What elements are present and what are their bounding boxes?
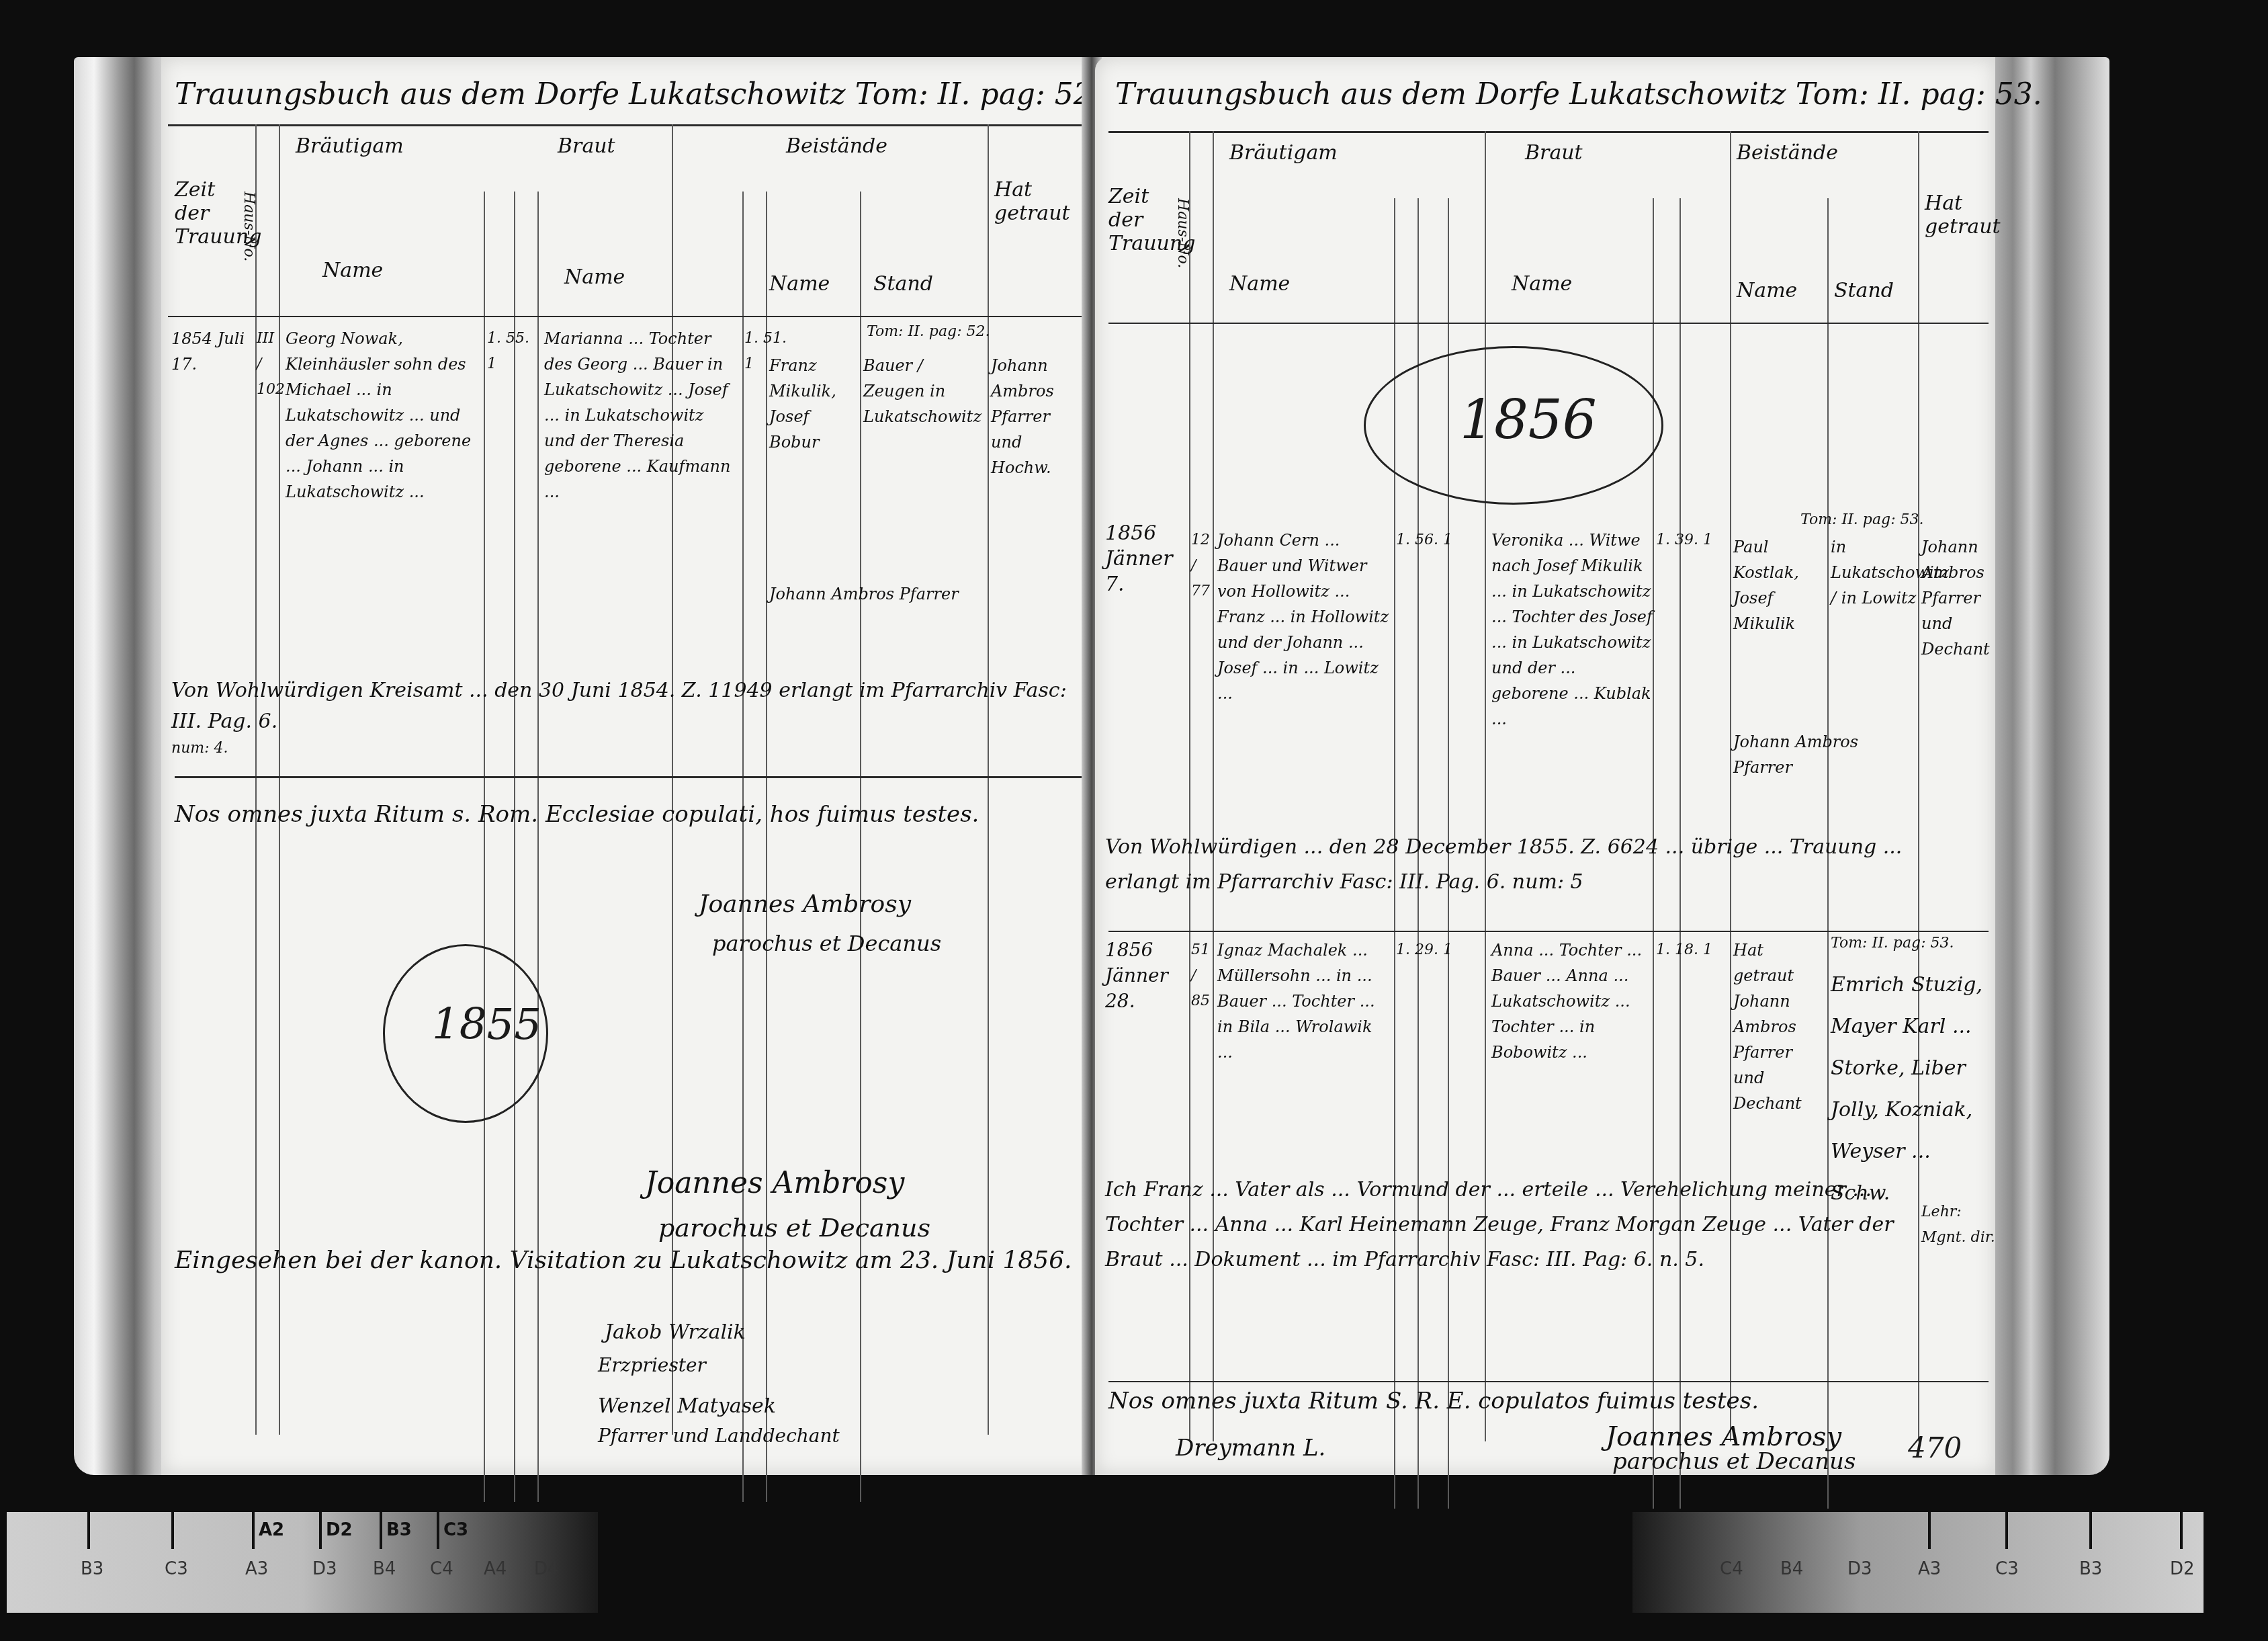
header-rule <box>168 124 1142 126</box>
entry-1-officiant-line: Johann Ambros Pfarrer <box>1733 729 1915 780</box>
col-date: Zeit der Trauung <box>175 178 249 249</box>
col-officiant: Hat getraut <box>994 178 1048 225</box>
col-house-no: Haus-No. <box>1174 198 1191 268</box>
signature-2: Joannes Ambrosy <box>645 1166 904 1200</box>
right-page: Trauungsbuch aus dem Dorfe Lukatschowitz… <box>1095 57 1995 1475</box>
ruler-label: D4 <box>534 1559 559 1579</box>
column-divider <box>255 124 257 1435</box>
scale-ruler-left: A2 D2 B3 C3 B3 C3 A3 D3 B4 C4 A4 D4 <box>7 1512 598 1613</box>
signature-1: Joannes Ambrosy <box>699 890 911 918</box>
entry-2-house: 51 / 85 <box>1191 937 1214 1014</box>
entry-1854-date: 1854 Juli 17. <box>171 326 252 377</box>
entry-2-tom-ref: Tom: II. pag: 53. <box>1831 931 1954 956</box>
latin-attestation: Nos omnes juxta Ritum S. R. E. copulatos… <box>1108 1384 1982 1418</box>
ruler-top-label: B3 <box>386 1520 412 1540</box>
left-page-stack <box>74 57 175 1475</box>
ruler-top-label: C3 <box>443 1520 468 1540</box>
col-groom-name: Name <box>322 259 383 282</box>
entry-1854-officiant-line: Johann Ambros Pfarrer <box>769 581 984 607</box>
col-groom-name: Name <box>1229 272 1290 296</box>
ruler-label: B3 <box>2079 1559 2102 1579</box>
column-header-rule <box>168 316 1142 317</box>
column-divider <box>742 192 744 1502</box>
note-1854: Von Wohlwürdigen Kreisamt ... den 30 Jun… <box>171 675 1078 737</box>
entry-1-house: 12 / 77 <box>1191 528 1214 604</box>
ruler-top-label: D2 <box>326 1520 353 1540</box>
closing-signature-1-title: Erzpriester <box>598 1354 706 1376</box>
closing-signature-2-title: Pfarrer und Landdechant <box>598 1425 840 1447</box>
ruler-label: D2 <box>2170 1559 2195 1579</box>
ruler-label: B4 <box>1780 1559 1803 1579</box>
ruler-label: B3 <box>81 1559 103 1579</box>
entry-1854-bride: Marianna ... Tochter des Georg ... Bauer… <box>544 326 739 505</box>
col-officiant: Hat getraut <box>1925 192 1978 239</box>
col-bride-name: Name <box>564 265 625 289</box>
header-rule <box>1108 131 1989 133</box>
entry-1-witness-status: in Lukatschowitz / in Lowitz <box>1831 534 1918 611</box>
ruler-top-label: A2 <box>259 1520 284 1540</box>
closing-signature-2: Wenzel Matyasek <box>598 1394 776 1418</box>
col-date: Zeit der Trauung <box>1108 185 1182 255</box>
signature-1-title: parochus et Decanus <box>712 931 941 956</box>
ruler-label: A3 <box>1918 1559 1941 1579</box>
entry-1854-officiant: Johann Ambros Pfarrer und Hochw. <box>991 353 1072 480</box>
col-bride-name: Name <box>1512 272 1572 296</box>
ruler-label: A3 <box>245 1559 268 1579</box>
col-groom: Bräutigam <box>296 134 404 158</box>
entry-1854-witnesses: Franz Mikulik, Josef Bobur <box>769 353 857 455</box>
ruler-label: B4 <box>373 1559 396 1579</box>
entry-2-bride-age: 1. 18. 1 <box>1656 937 1730 963</box>
year-1855-label: 1855 <box>432 1000 541 1050</box>
column-header-rule <box>1108 323 1989 324</box>
note-entry-1: Von Wohlwürdigen ... den 28 December 185… <box>1105 830 1978 900</box>
closing-signature-title: parochus et Decanus <box>1612 1448 1856 1475</box>
ruler-tick <box>2089 1512 2092 1549</box>
closing-signature-1: Jakob Wrzalik <box>605 1320 746 1344</box>
entry-2-witness-note: Lehr: Mgnt. dir. <box>1921 1200 1995 1251</box>
ruler-label: C3 <box>1995 1559 2019 1579</box>
entry-1-tom-ref: Tom: II. pag: 53. <box>1800 507 1924 533</box>
ruler-tick <box>319 1512 322 1549</box>
entry-1-bride: Veronika ... Witwe nach Josef Mikulik ..… <box>1491 528 1653 732</box>
ruler-tick <box>2180 1512 2183 1549</box>
entry-2-officiant: Hat getraut Johann Ambros Pfarrer und De… <box>1733 937 1824 1116</box>
col-witnesses: Beistände <box>1737 141 1838 165</box>
note-1854-suffix: num: 4. <box>171 736 228 761</box>
scale-ruler-right: C4 B4 D3 A3 C3 B3 D2 <box>1632 1512 2204 1613</box>
entry-1-date: 1856 Jänner 7. <box>1105 521 1186 597</box>
col-witness-name: Name <box>1737 279 1797 302</box>
entry-1-groom: Johann Cern ... Bauer und Witwer von Hol… <box>1217 528 1392 706</box>
col-witnesses: Beistände <box>786 134 887 158</box>
left-page-header-title: Trauungsbuch aus dem Dorfe Lukatschowitz… <box>175 77 1102 112</box>
open-register-book: Trauungsbuch aus dem Dorfe Lukatschowitz… <box>74 57 2109 1475</box>
entry-1-witnesses: Paul Kostlak, Josef Mikulik <box>1733 534 1824 636</box>
entry-2-groom: Ignaz Machalek ... Müllersohn ... in ...… <box>1217 937 1392 1065</box>
year-1856-label: 1856 <box>1460 388 1597 451</box>
col-witness-status: Stand <box>873 272 933 296</box>
entry-separator <box>175 776 1142 778</box>
witness-mark: Dreymann L. <box>1176 1435 1325 1462</box>
entry-1854-groom: Georg Nowak, Kleinhäusler sohn des Micha… <box>286 326 480 505</box>
ruler-tick <box>87 1512 90 1549</box>
entry-1854-witness-status: Bauer / Zeugen in Lukatschowitz <box>863 353 984 429</box>
column-divider <box>537 192 539 1502</box>
left-page: Trauungsbuch aus dem Dorfe Lukatschowitz… <box>161 57 1155 1475</box>
column-divider <box>860 192 861 1502</box>
col-bride: Braut <box>1525 141 1583 165</box>
ruler-label: D3 <box>312 1559 337 1579</box>
column-divider <box>514 192 515 1502</box>
ruler-label: D3 <box>1847 1559 1872 1579</box>
ruler-tick <box>2005 1512 2008 1549</box>
ruler-tick <box>1928 1512 1931 1549</box>
entry-1854-groom-age: 1. 55. 1 <box>487 326 534 377</box>
ruler-tick <box>171 1512 174 1549</box>
column-divider <box>484 192 485 1502</box>
signature-2-title: parochus et Decanus <box>658 1213 930 1243</box>
ruler-tick <box>437 1512 439 1549</box>
ruler-label: A4 <box>484 1559 507 1579</box>
entry-2-groom-age: 1. 29. 1 <box>1396 937 1477 963</box>
column-divider <box>1918 131 1919 1441</box>
latin-attestation: Nos omnes juxta Ritum s. Rom. Ecclesiae … <box>175 796 1102 833</box>
entry-separator <box>1108 1381 1989 1382</box>
column-divider <box>766 192 767 1502</box>
entry-1-bride-age: 1. 39. 1 <box>1656 528 1730 553</box>
col-witness-status: Stand <box>1834 279 1894 302</box>
year-1855-flourish: 1855 <box>383 944 548 1123</box>
right-page-header-title: Trauungsbuch aus dem Dorfe Lukatschowitz… <box>1115 77 2042 112</box>
column-divider <box>279 124 280 1435</box>
visitation-note: Eingesehen bei der kanon. Visitation zu … <box>175 1240 1082 1281</box>
ruler-tick <box>380 1512 382 1549</box>
col-house-no: Haus-No. <box>241 192 257 261</box>
entry-2-date: 1856 Jänner 28. <box>1105 937 1186 1014</box>
right-page-stack <box>1989 57 2109 1475</box>
entry-1854-tom-ref: Tom: II. pag: 52. <box>867 319 990 345</box>
col-bride: Braut <box>558 134 615 158</box>
ruler-label: C4 <box>1720 1559 1743 1579</box>
year-1856-flourish: 1856 <box>1364 346 1663 505</box>
col-groom: Bräutigam <box>1229 141 1338 165</box>
entry-1854-house: III / 102 <box>257 326 281 403</box>
note-entry-2: Ich Franz ... Vater als ... Vormund der … <box>1105 1173 1911 1277</box>
folio-number: 470 <box>1908 1431 1962 1464</box>
entry-2-bride: Anna ... Tochter ... Bauer ... Anna ... … <box>1491 937 1653 1065</box>
ruler-tick <box>252 1512 255 1549</box>
ruler-label: C4 <box>430 1559 453 1579</box>
entry-1-groom-age: 1. 56. 1 <box>1396 528 1477 553</box>
entry-1-officiant: Johann Ambros Pfarrer und Dechant <box>1921 534 1992 662</box>
col-witness-name: Name <box>769 272 830 296</box>
ruler-label: C3 <box>165 1559 188 1579</box>
